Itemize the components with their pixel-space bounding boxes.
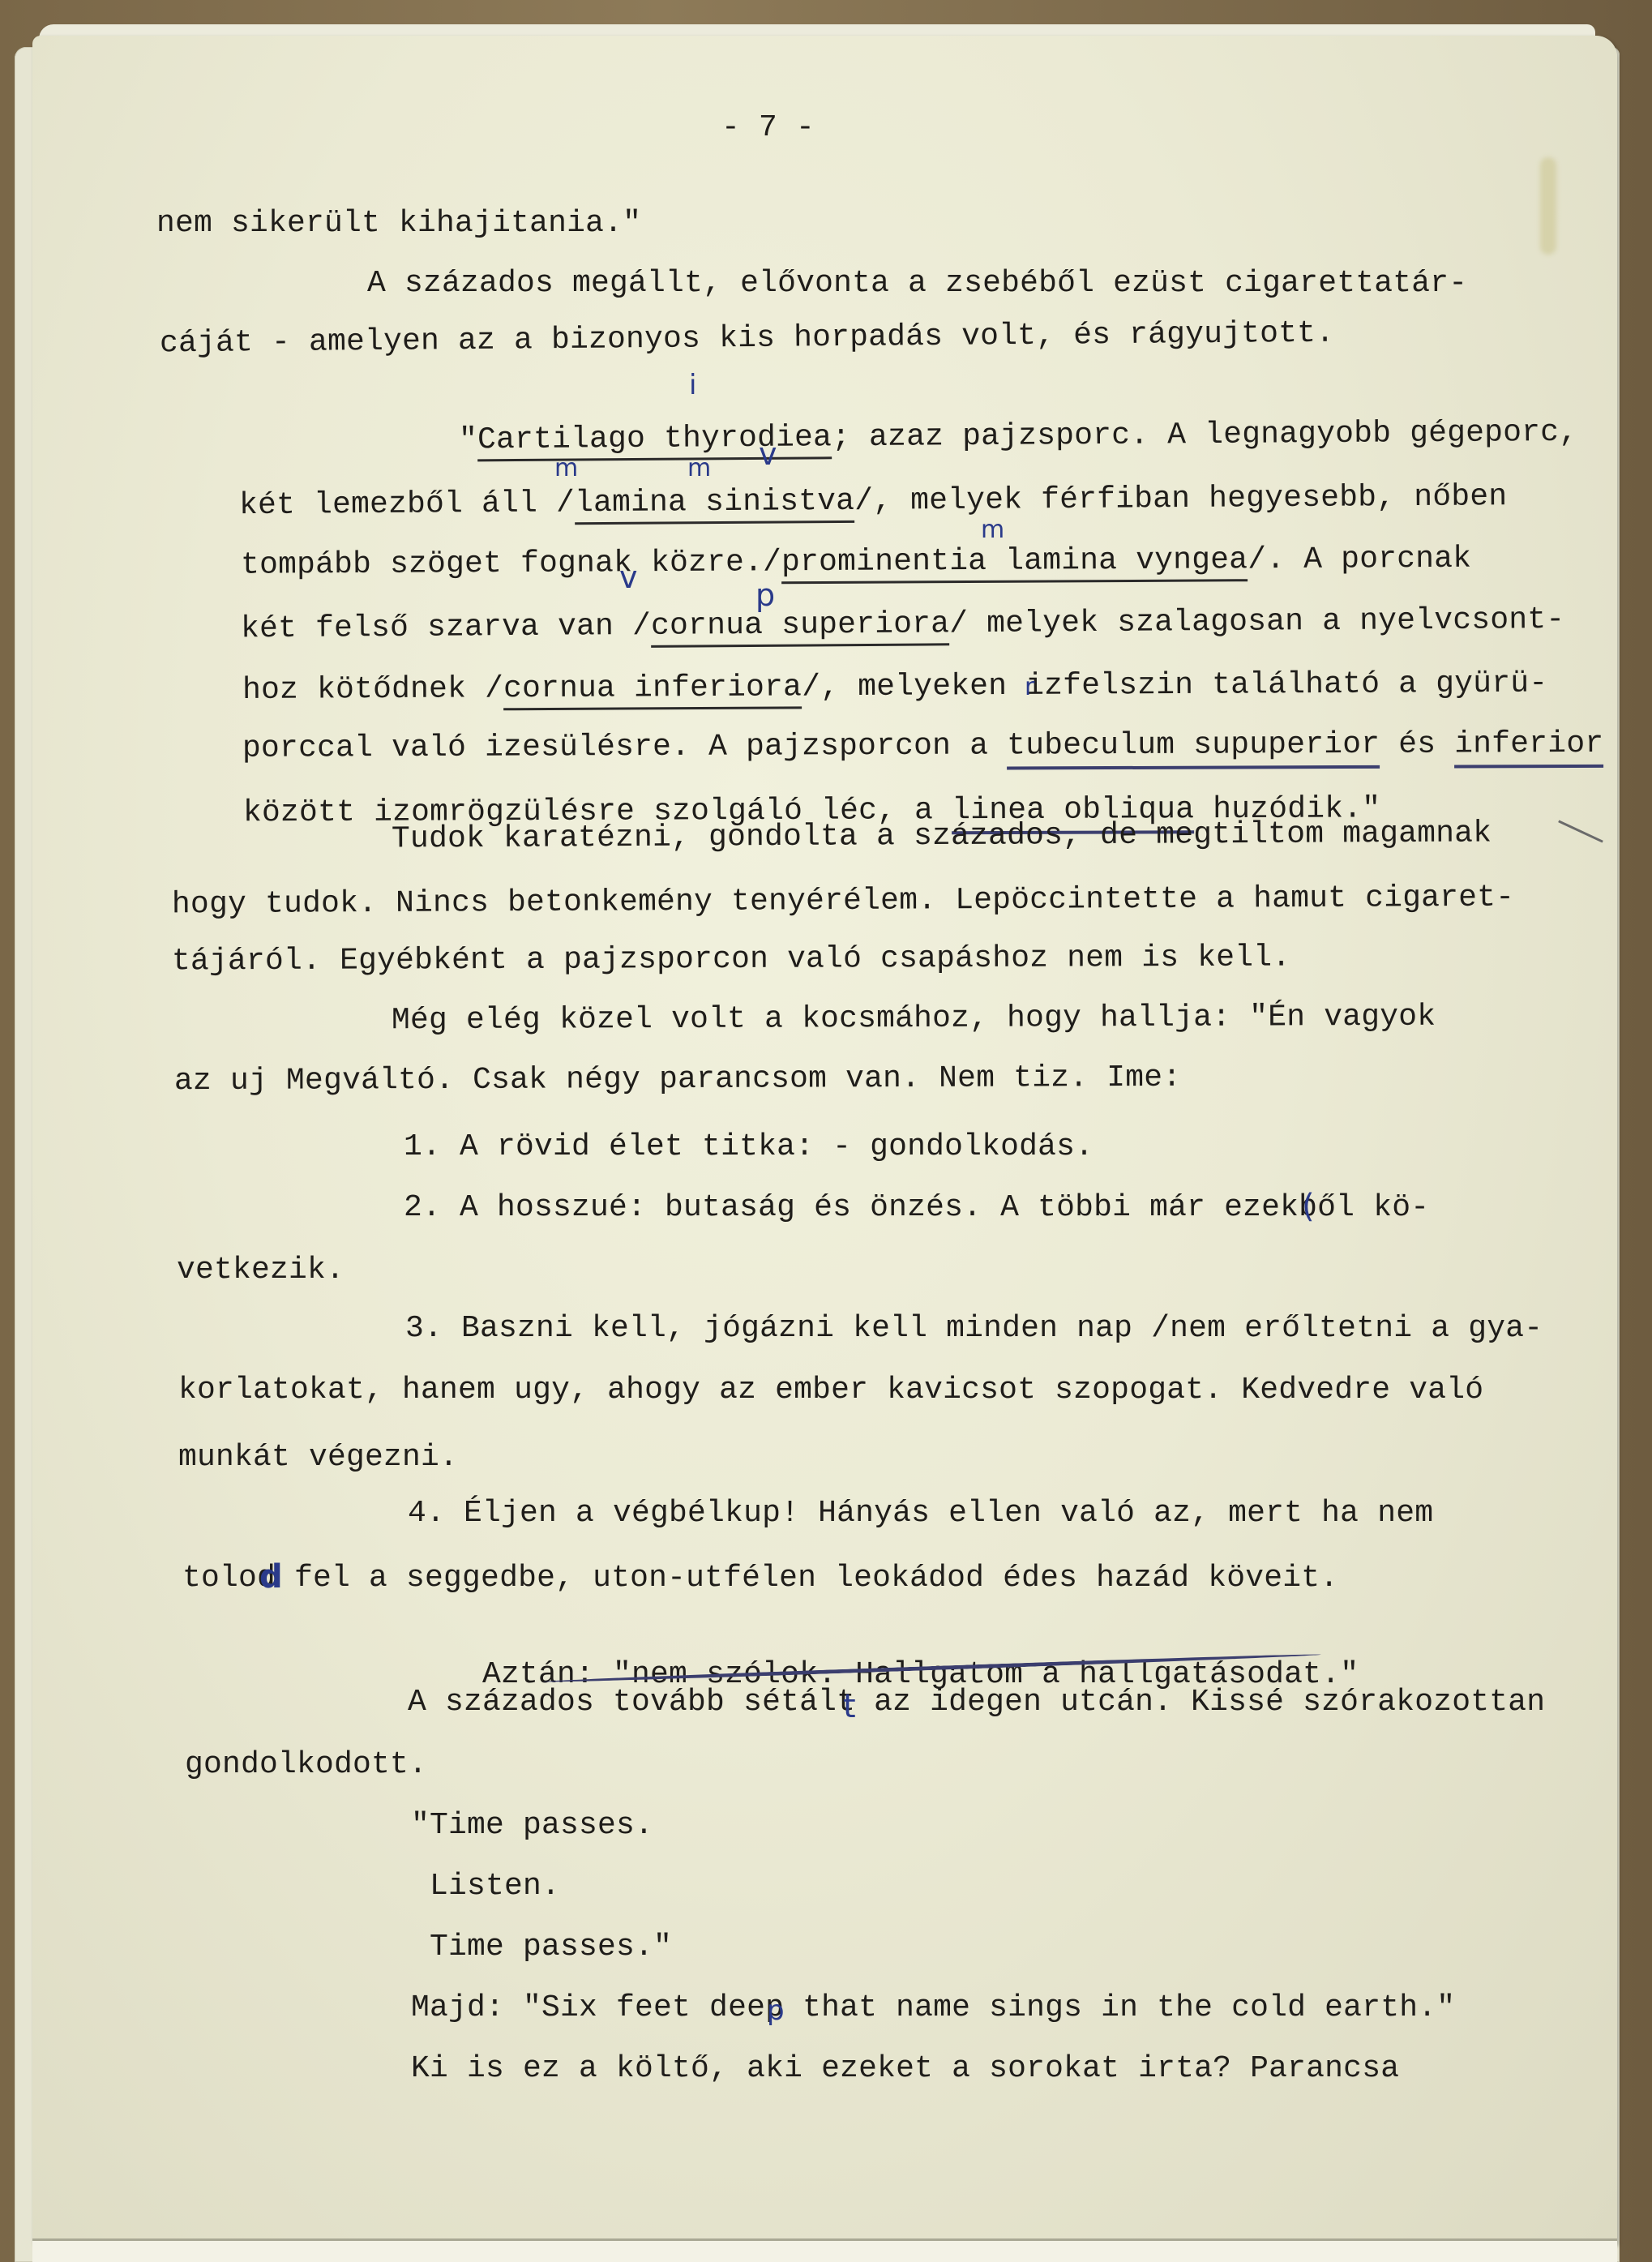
pen-mark-m: m bbox=[554, 454, 578, 482]
pen-mark-v: v bbox=[619, 559, 638, 595]
pen-mark-p: p bbox=[767, 1994, 785, 2027]
pen-mark-r: r bbox=[1025, 673, 1034, 701]
text-line: nem sikerült kihajitania." bbox=[156, 206, 641, 242]
pen-mark-d: d bbox=[259, 1558, 283, 1596]
text-line: gondolkodott. bbox=[185, 1747, 427, 1783]
text-line: hogy tudok. Nincs betonkemény tenyérélem… bbox=[172, 880, 1514, 923]
page-bottom-edge bbox=[32, 2238, 1617, 2262]
pen-mark-m: m bbox=[981, 516, 1004, 544]
list-item: 1. A rövid élet titka: - gondolkodás. bbox=[404, 1129, 1093, 1165]
verse-line: "Time passes. bbox=[411, 1808, 653, 1844]
pen-mark-v: v bbox=[759, 436, 777, 472]
text-line: Még elég közel volt a kocsmához, hogy ha… bbox=[392, 1000, 1436, 1039]
text-line: Majd: "Six feet deep that name sings in … bbox=[411, 1990, 1455, 2026]
pen-mark-p: p bbox=[755, 577, 775, 613]
text-line: tájáról. Egyébként a pajzsporcon való cs… bbox=[172, 940, 1290, 980]
verse-line: Listen. bbox=[430, 1869, 560, 1904]
text-line: Ki is ez a költő, aki ezeket a sorokat i… bbox=[411, 2051, 1399, 2087]
text-line: A százados megállt, elővonta a zsebéből … bbox=[367, 266, 1467, 302]
pen-mark-t: t bbox=[843, 1688, 856, 1725]
pen-mark-m: m bbox=[687, 454, 711, 482]
page-number: - 7 - bbox=[721, 110, 815, 146]
list-item: 4. Éljen a végbélkup! Hányás ellen való … bbox=[408, 1496, 1433, 1532]
text-line: tolod fel a seggedbe, uton-utfélen leoká… bbox=[182, 1561, 1338, 1596]
paper-stain bbox=[1540, 157, 1556, 255]
text-line: korlatokat, hanem ugy, ahogy az ember ka… bbox=[178, 1373, 1483, 1408]
pen-mark-paren: ( bbox=[1302, 1188, 1315, 1225]
text-line: Tudok karatézni, gondolta a százados, de… bbox=[392, 816, 1492, 857]
list-item: 3. Baszni kell, jógázni kell minden nap … bbox=[405, 1311, 1543, 1347]
pen-mark-i: i bbox=[689, 369, 696, 401]
list-item: 2. A hosszué: butaság és önzés. A többi … bbox=[404, 1190, 1429, 1226]
text-line: az uj Megváltó. Csak négy parancsom van.… bbox=[174, 1060, 1181, 1099]
verse-line: Time passes." bbox=[430, 1930, 672, 1965]
text-line: A százados tovább sétált az idegen utcán… bbox=[408, 1685, 1545, 1720]
paper-crease bbox=[1558, 820, 1603, 842]
text-line: vetkezik. bbox=[177, 1253, 345, 1288]
underlined-term: inferior bbox=[1454, 726, 1603, 769]
text-line: munkát végezni. bbox=[178, 1440, 458, 1476]
